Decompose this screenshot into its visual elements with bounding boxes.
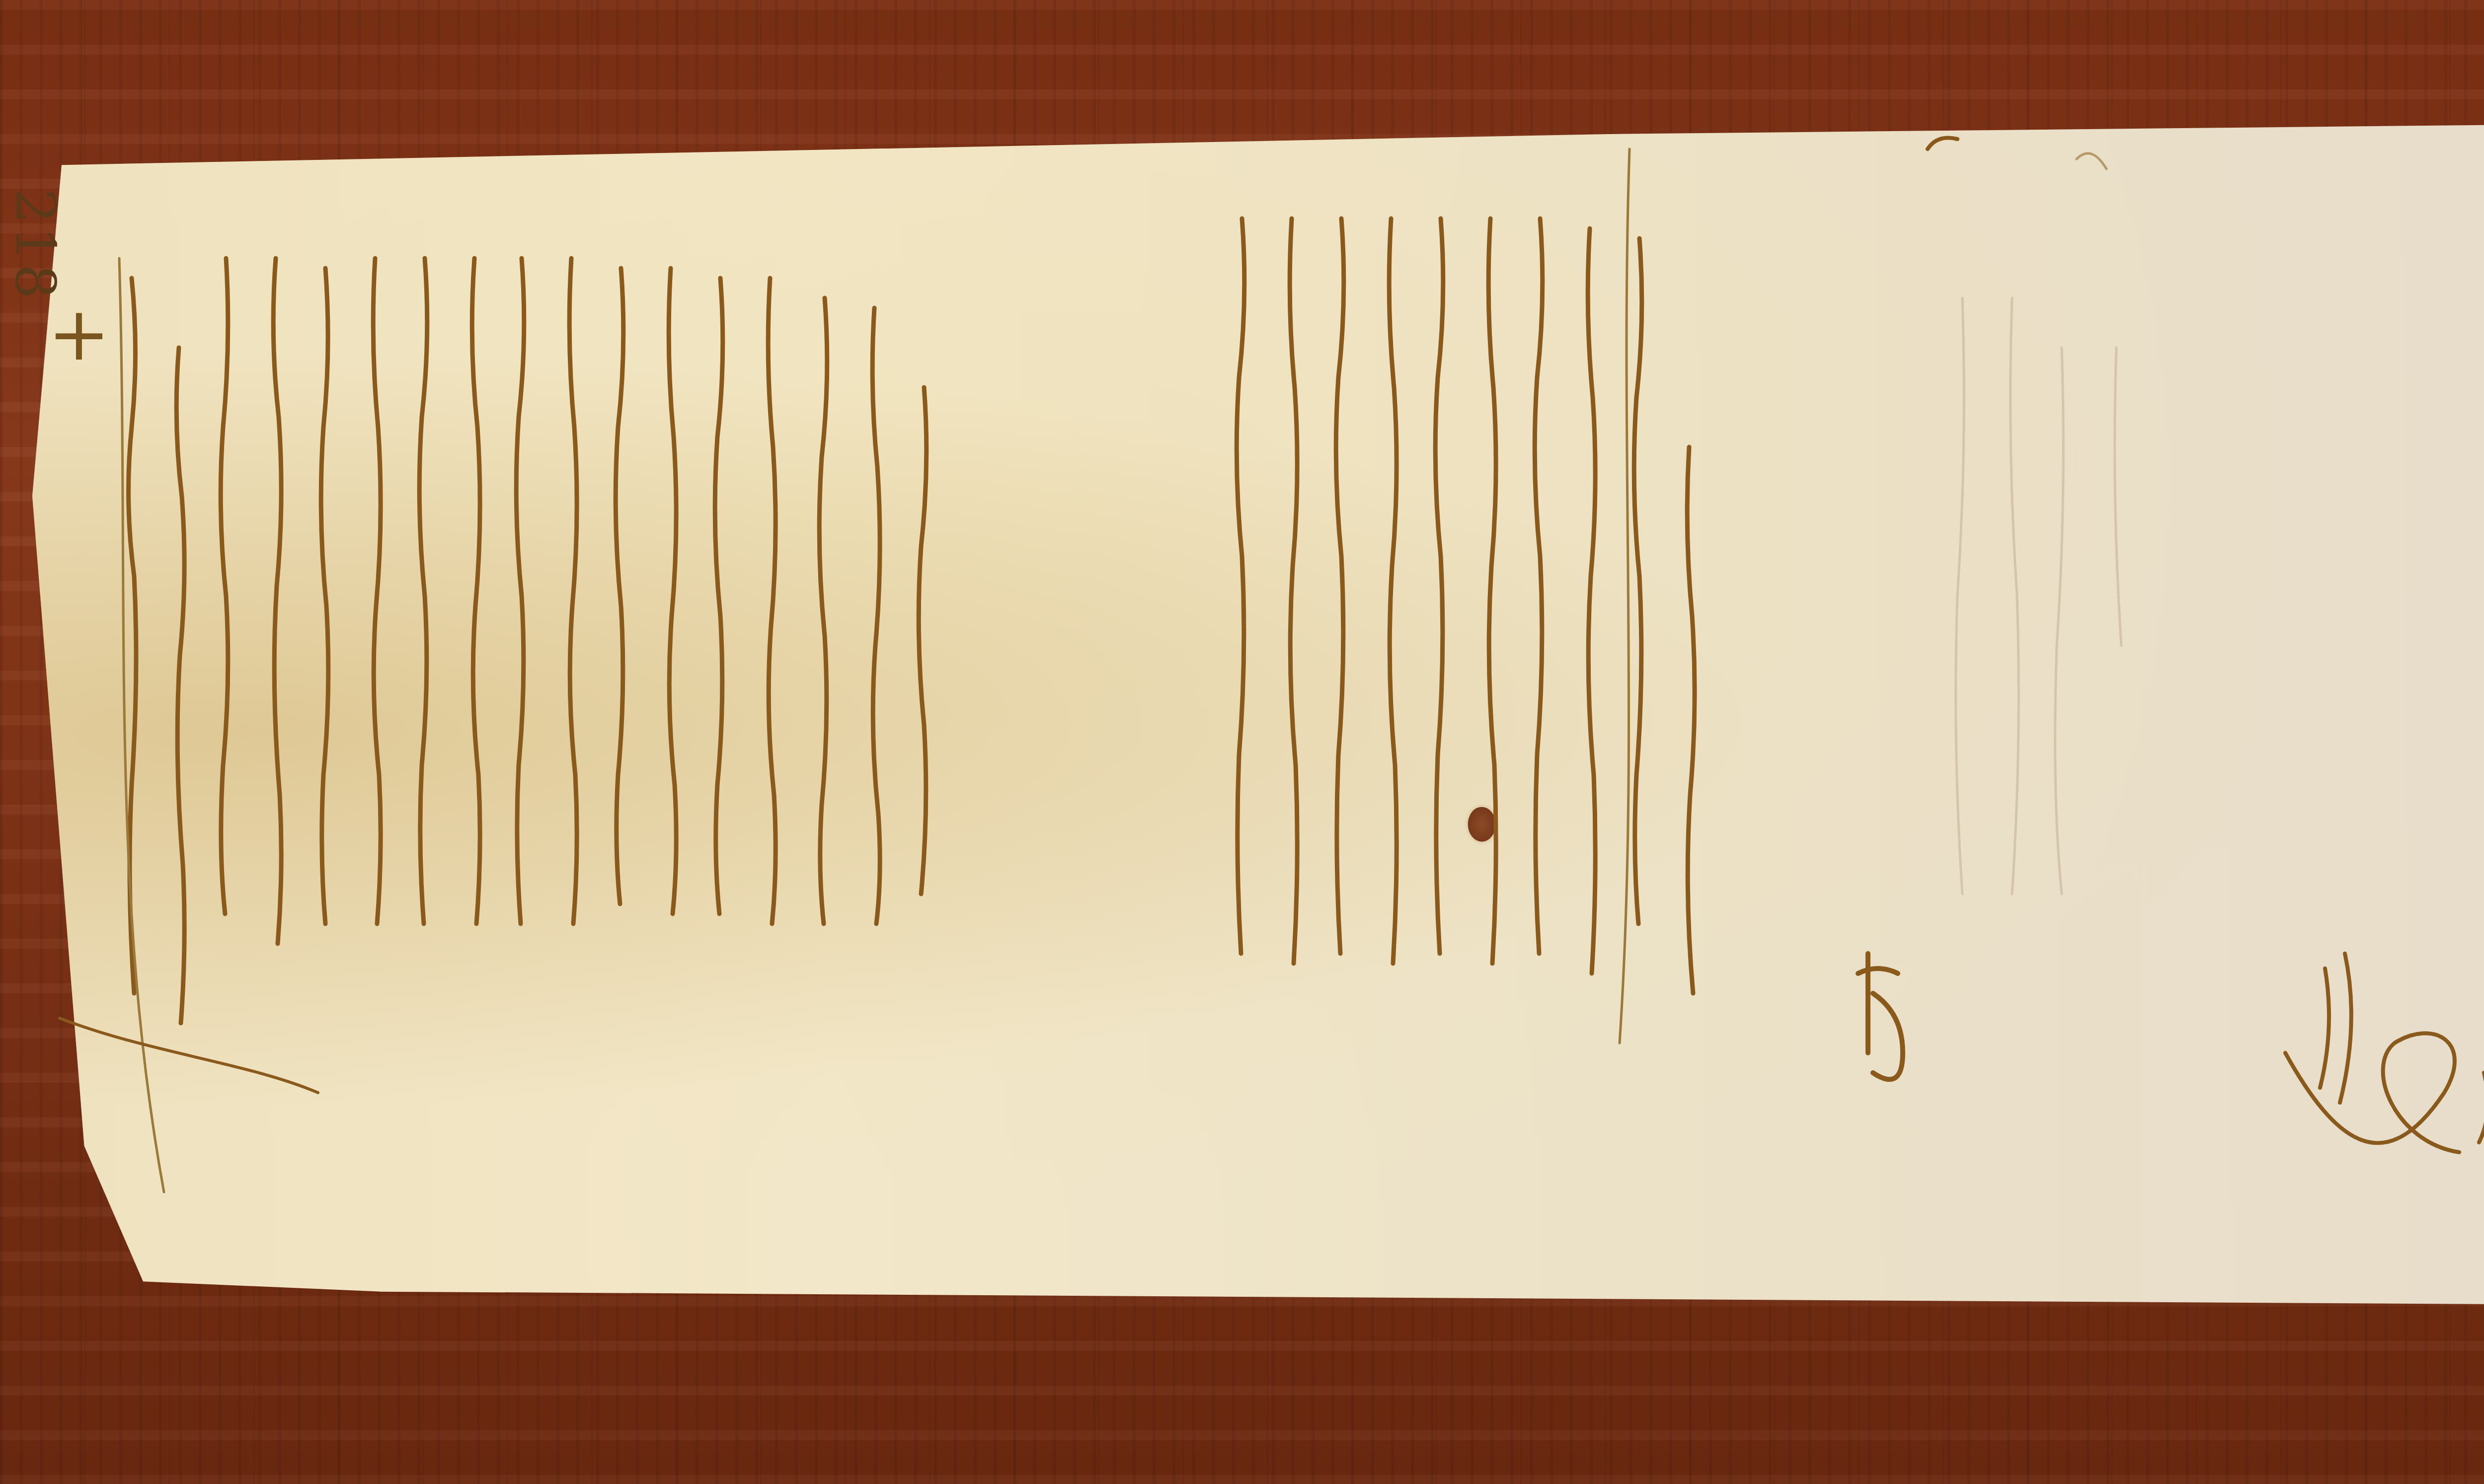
handwriting-layer [0,0,2484,1484]
bleed-through [1956,298,2121,894]
signature-flourish [2285,1033,2459,1152]
closing-word [1858,954,1903,1079]
folio-cross-mark: + [38,305,124,368]
folio-number: 218 [3,189,67,302]
upper-text-block [129,258,927,1023]
